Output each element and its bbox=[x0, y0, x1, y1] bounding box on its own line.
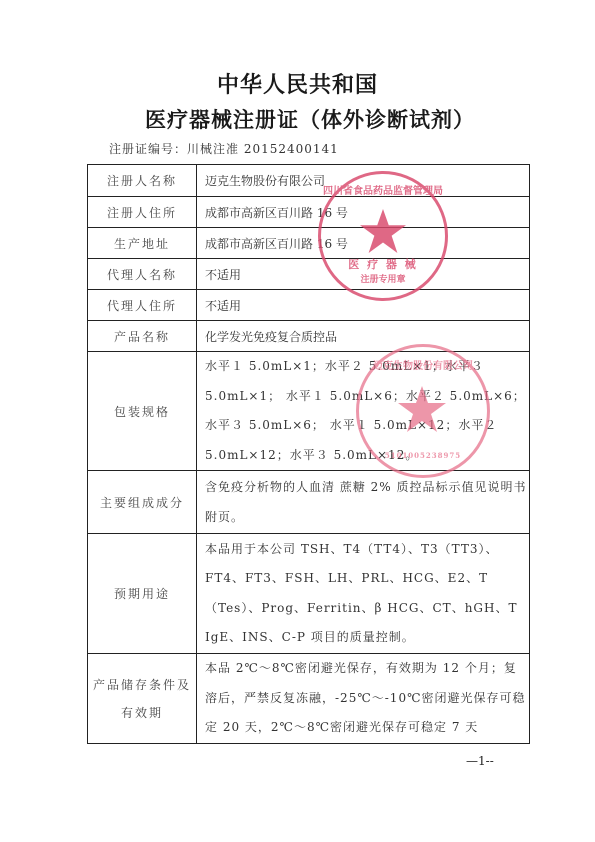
row-label: 预期用途 bbox=[88, 534, 197, 654]
seal-code-text: 5101005238975 bbox=[359, 451, 487, 460]
row-value: 本品 2℃～8℃密闭避光保存，有效期为 12 个月；复溶后，严禁反复冻融，-25… bbox=[197, 654, 530, 744]
row-label: 主要组成成分 bbox=[88, 471, 197, 534]
table-row: 产品储存条件及有效期 本品 2℃～8℃密闭避光保存，有效期为 12 个月；复溶后… bbox=[88, 654, 530, 744]
document-title-country: 中华人民共和国 bbox=[0, 68, 595, 99]
seal-bottom-text: 注册专用章 bbox=[321, 272, 445, 285]
row-label: 产品名称 bbox=[88, 321, 197, 352]
registration-label: 注册证编号： bbox=[109, 142, 187, 156]
table-row: 注册人住所 成都市高新区百川路 16 号 bbox=[88, 197, 530, 228]
official-seal-company: 迈克生物股份有限公司 5101005238975 bbox=[356, 344, 490, 478]
row-value: 本品用于本公司 TSH、T4（TT4）、T3（TT3）、FT4、FT3、FSH、… bbox=[197, 534, 530, 654]
row-value: 化学发光免疫复合质控品 bbox=[197, 321, 530, 352]
star-icon bbox=[397, 385, 447, 433]
row-label: 注册人住所 bbox=[88, 197, 197, 228]
row-label: 包装规格 bbox=[88, 352, 197, 471]
registration-number: 川械注准 20152400141 bbox=[187, 142, 339, 156]
seal-top-text: 迈克生物股份有限公司 bbox=[359, 357, 487, 372]
row-label: 注册人名称 bbox=[88, 165, 197, 197]
row-label: 代理人名称 bbox=[88, 259, 197, 290]
registration-number-line: 注册证编号：川械注准 20152400141 bbox=[109, 140, 339, 157]
table-row: 预期用途 本品用于本公司 TSH、T4（TT4）、T3（TT3）、FT4、FT3… bbox=[88, 534, 530, 654]
seal-top-text: 四川省食品药品监督管理局 bbox=[321, 182, 445, 197]
document-title-certificate: 医疗器械注册证（体外诊断试剂） bbox=[0, 104, 595, 134]
seal-middle-text: 医 疗 器 械 bbox=[321, 256, 445, 272]
star-icon bbox=[359, 208, 407, 254]
row-label: 代理人住所 bbox=[88, 290, 197, 321]
page-number: —1-- bbox=[466, 754, 494, 768]
table-row: 注册人名称 迈克生物股份有限公司 bbox=[88, 165, 530, 197]
row-label: 生产地址 bbox=[88, 228, 197, 259]
row-value: 含免疫分析物的人血清 蔗糖 2% 质控品标示值见说明书附页。 bbox=[197, 471, 530, 534]
row-label: 产品储存条件及有效期 bbox=[88, 654, 197, 744]
table-row: 代理人名称 不适用 bbox=[88, 259, 530, 290]
official-seal-regulator: 四川省食品药品监督管理局 医 疗 器 械 注册专用章 bbox=[318, 171, 448, 301]
table-row: 生产地址 成都市高新区百川路 16 号 bbox=[88, 228, 530, 259]
table-row: 产品名称 化学发光免疫复合质控品 bbox=[88, 321, 530, 352]
table-row: 代理人住所 不适用 bbox=[88, 290, 530, 321]
table-row: 主要组成成分 含免疫分析物的人血清 蔗糖 2% 质控品标示值见说明书附页。 bbox=[88, 471, 530, 534]
